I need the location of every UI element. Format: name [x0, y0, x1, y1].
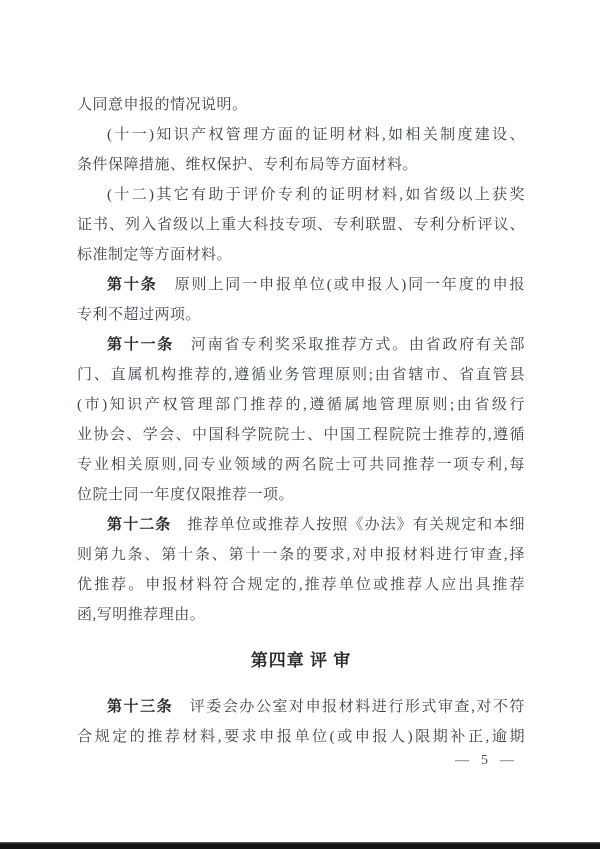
- article-number: 第十二条: [107, 517, 171, 533]
- text-line: (十一)知识产权管理方面的证明材料,如相关制度建设、: [77, 120, 525, 150]
- text-line: 条件保障措施、维权保护、专利布局等方面材料。: [77, 150, 525, 180]
- article-number: 第十三条: [107, 699, 173, 715]
- footer-dash-right: —: [500, 752, 514, 770]
- text-line: 专业相关原则,同专业领域的两名院士可共同推荐一项专利,每: [77, 450, 525, 480]
- chapter-heading: 第四章 评 审: [77, 646, 525, 676]
- text-line: 第十二条 推荐单位或推荐人按照《办法》有关规定和本细: [77, 510, 525, 540]
- text-line: 门、直属机构推荐的,遵循业务管理原则;由省辖市、省直管县: [77, 360, 525, 390]
- text-line: (十二)其它有助于评价专利的证明材料,如省级以上获奖: [77, 180, 525, 210]
- text-line: 函,写明推荐理由。: [77, 600, 525, 630]
- text-line: 位院士同一年度仅限推荐一项。: [77, 480, 525, 510]
- text-line: 则第九条、第十条、第十一条的要求,对申报材料进行审查,择: [77, 540, 525, 570]
- text-line: 第十三条 评委会办公室对申报材料进行形式审查,对不符: [77, 692, 525, 722]
- text-line: 第十条 原则上同一申报单位(或申报人)同一年度的申报: [77, 270, 525, 300]
- text-line: 业协会、学会、中国科学院院士、中国工程院院士推荐的,遵循: [77, 420, 525, 450]
- text-line: 证书、列入省级以上重大科技专项、专利联盟、专利分析评议、: [77, 210, 525, 240]
- text-line: 优推荐。申报材料符合规定的,推荐单位或推荐人应出具推荐: [77, 570, 525, 600]
- page-number: 5: [481, 752, 488, 770]
- article-number: 第十条: [107, 277, 158, 293]
- scan-edge-band: [0, 842, 600, 849]
- text-line: 人同意申报的情况说明。: [77, 90, 525, 120]
- text-line: 标准制定等方面材料。: [77, 240, 525, 270]
- text-line: 第十一条 河南省专利奖采取推荐方式。由省政府有关部: [77, 330, 525, 360]
- document-page: 人同意申报的情况说明。(十一)知识产权管理方面的证明材料,如相关制度建设、条件保…: [0, 0, 600, 849]
- page-footer: — 5 —: [455, 752, 514, 770]
- text-line: 专利不超过两项。: [77, 300, 525, 330]
- text-line: 合规定的推荐材料,要求申报单位(或申报人)限期补正,逾期: [77, 722, 525, 752]
- text-line: (市)知识产权管理部门推荐的,遵循属地管理原则;由省级行: [77, 390, 525, 420]
- footer-dash-left: —: [455, 752, 469, 770]
- article-number: 第十一条: [107, 337, 174, 353]
- document-body: 人同意申报的情况说明。(十一)知识产权管理方面的证明材料,如相关制度建设、条件保…: [77, 90, 525, 752]
